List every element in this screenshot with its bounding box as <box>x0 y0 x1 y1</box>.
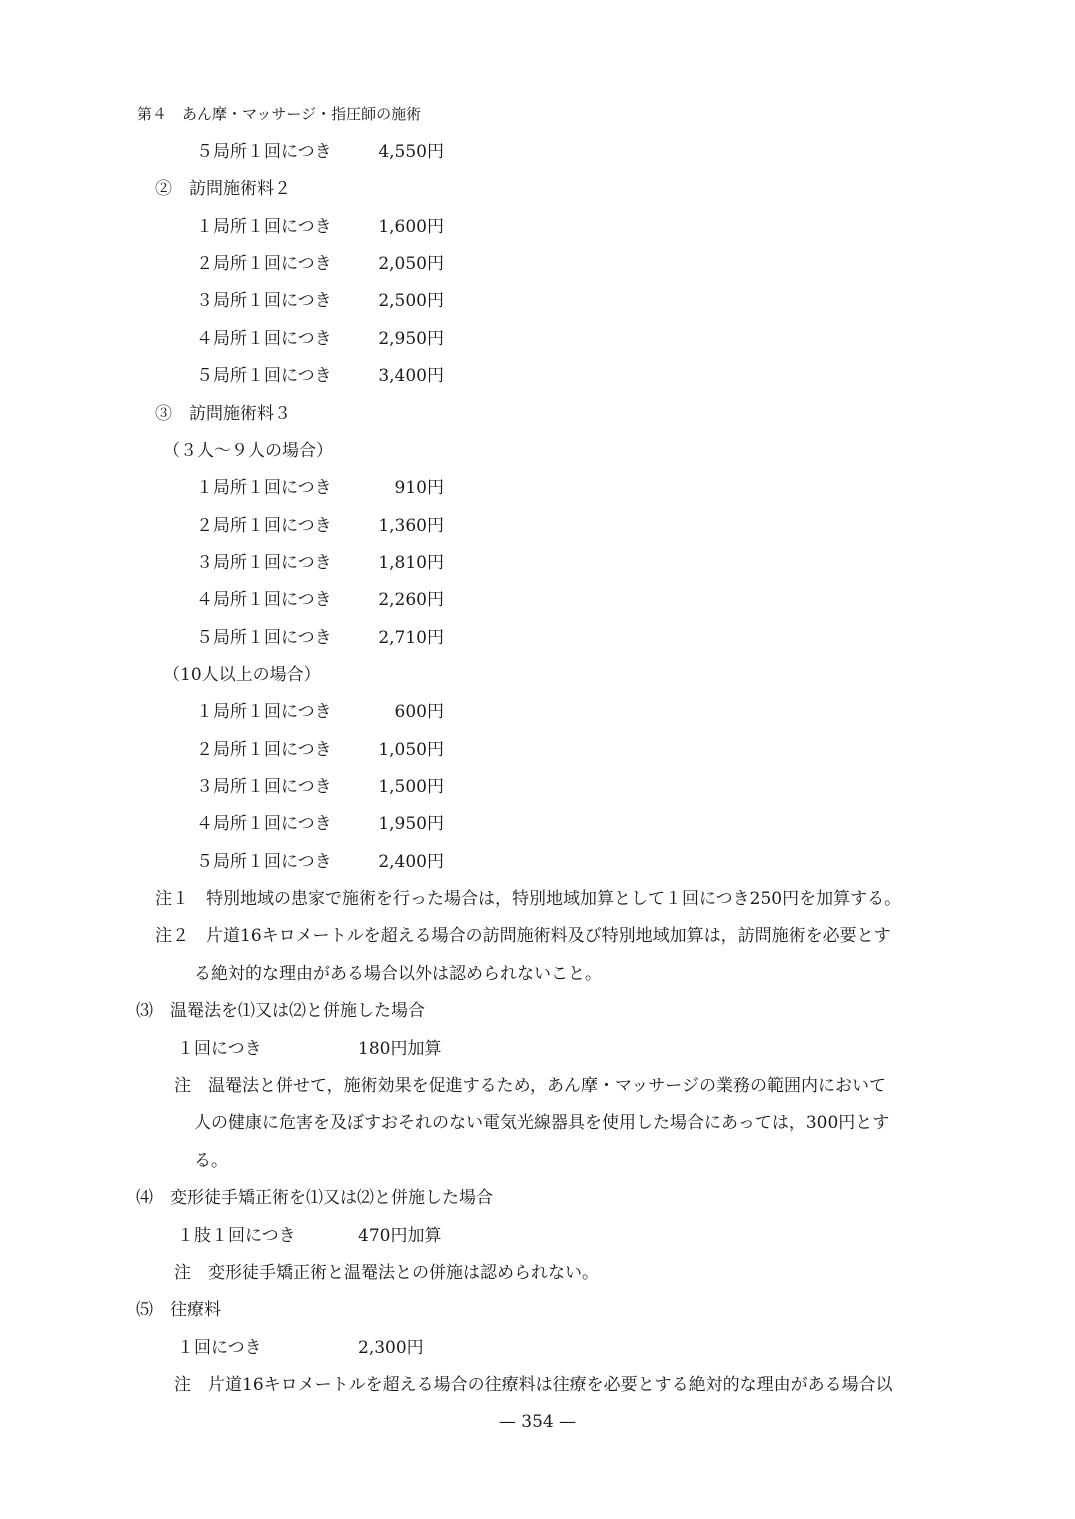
fee-price: 2,260円 <box>354 589 444 611</box>
note: 注 変形徒手矯正術と温罨法との併施は認められない。 <box>174 1262 599 1284</box>
fee-price: 1,810円 <box>354 552 444 574</box>
fee-price: 2,950円 <box>354 328 444 350</box>
fee-line: １局所１回につき <box>196 216 332 238</box>
fee-line: ３局所１回につき <box>196 776 332 798</box>
fee-line: １肢１回につき <box>177 1225 296 1247</box>
fee-price: 1,050円 <box>354 739 444 761</box>
note-continuation: る。 <box>194 1150 228 1172</box>
fee-line: １局所１回につき <box>196 477 332 499</box>
fee-line: ４局所１回につき <box>196 813 332 835</box>
note: 注 片道16キロメートルを超える場合の往療料は往療を必要とする絶対的な理由がある… <box>174 1374 893 1396</box>
fee-price: 1,600円 <box>354 216 444 238</box>
note: 注２ 片道16キロメートルを超える場合の訪問施術料及び特別地域加算は，訪問施術を… <box>155 925 891 947</box>
fee-price: 470円加算 <box>358 1225 441 1247</box>
subsection-title: ③ 訪問施術料３ <box>155 403 291 425</box>
section-header: 第４ あん摩・マッサージ・指圧師の施術 <box>137 103 421 125</box>
fee-line: ３局所１回につき <box>196 290 332 312</box>
fee-price: 910円 <box>354 477 444 499</box>
fee-line: ５局所１回につき <box>196 851 332 873</box>
fee-line: ５局所１回につき <box>196 365 332 387</box>
note-continuation: 人の健康に危害を及ぼすおそれのない電気光線器具を使用した場合にあっては，300円… <box>194 1112 889 1134</box>
fee-line: ５局所１回につき <box>196 141 332 163</box>
fee-price: 2,710円 <box>354 627 444 649</box>
fee-price: 2,050円 <box>354 253 444 275</box>
section-item: ⑷ 変形徒手矯正術を⑴又は⑵と併施した場合 <box>136 1187 493 1209</box>
page-number: — 354 — <box>0 1412 1075 1432</box>
group-label: （３人～９人の場合） <box>163 440 333 462</box>
fee-price: 2,400円 <box>354 851 444 873</box>
fee-line: １局所１回につき <box>196 701 332 723</box>
fee-line: ２局所１回につき <box>196 739 332 761</box>
fee-price: 4,550円 <box>354 141 444 163</box>
fee-price: 2,300円 <box>358 1337 424 1359</box>
fee-price: 1,360円 <box>354 515 444 537</box>
fee-line: ２局所１回につき <box>196 515 332 537</box>
note-continuation: る絶対的な理由がある場合以外は認められないこと。 <box>194 963 602 985</box>
fee-line: ２局所１回につき <box>196 253 332 275</box>
note: 注１ 特別地域の患家で施術を行った場合は，特別地域加算として１回につき250円を… <box>155 888 901 910</box>
fee-price: 1,950円 <box>354 813 444 835</box>
fee-price: 2,500円 <box>354 290 444 312</box>
subsection-title: ② 訪問施術料２ <box>155 178 291 200</box>
fee-line: ３局所１回につき <box>196 552 332 574</box>
group-label: （10人以上の場合） <box>163 664 321 686</box>
fee-price: 180円加算 <box>358 1038 441 1060</box>
fee-line: １回につき <box>177 1337 262 1359</box>
fee-line: ４局所１回につき <box>196 328 332 350</box>
section-item: ⑶ 温罨法を⑴又は⑵と併施した場合 <box>136 1000 425 1022</box>
fee-line: １回につき <box>177 1038 262 1060</box>
fee-price: 600円 <box>354 701 444 723</box>
section-item: ⑸ 往療料 <box>136 1299 221 1321</box>
fee-line: ５局所１回につき <box>196 627 332 649</box>
fee-line: ４局所１回につき <box>196 589 332 611</box>
fee-price: 3,400円 <box>354 365 444 387</box>
note: 注 温罨法と併せて，施術効果を促進するため，あん摩・マッサージの業務の範囲内にお… <box>174 1075 886 1097</box>
fee-price: 1,500円 <box>354 776 444 798</box>
